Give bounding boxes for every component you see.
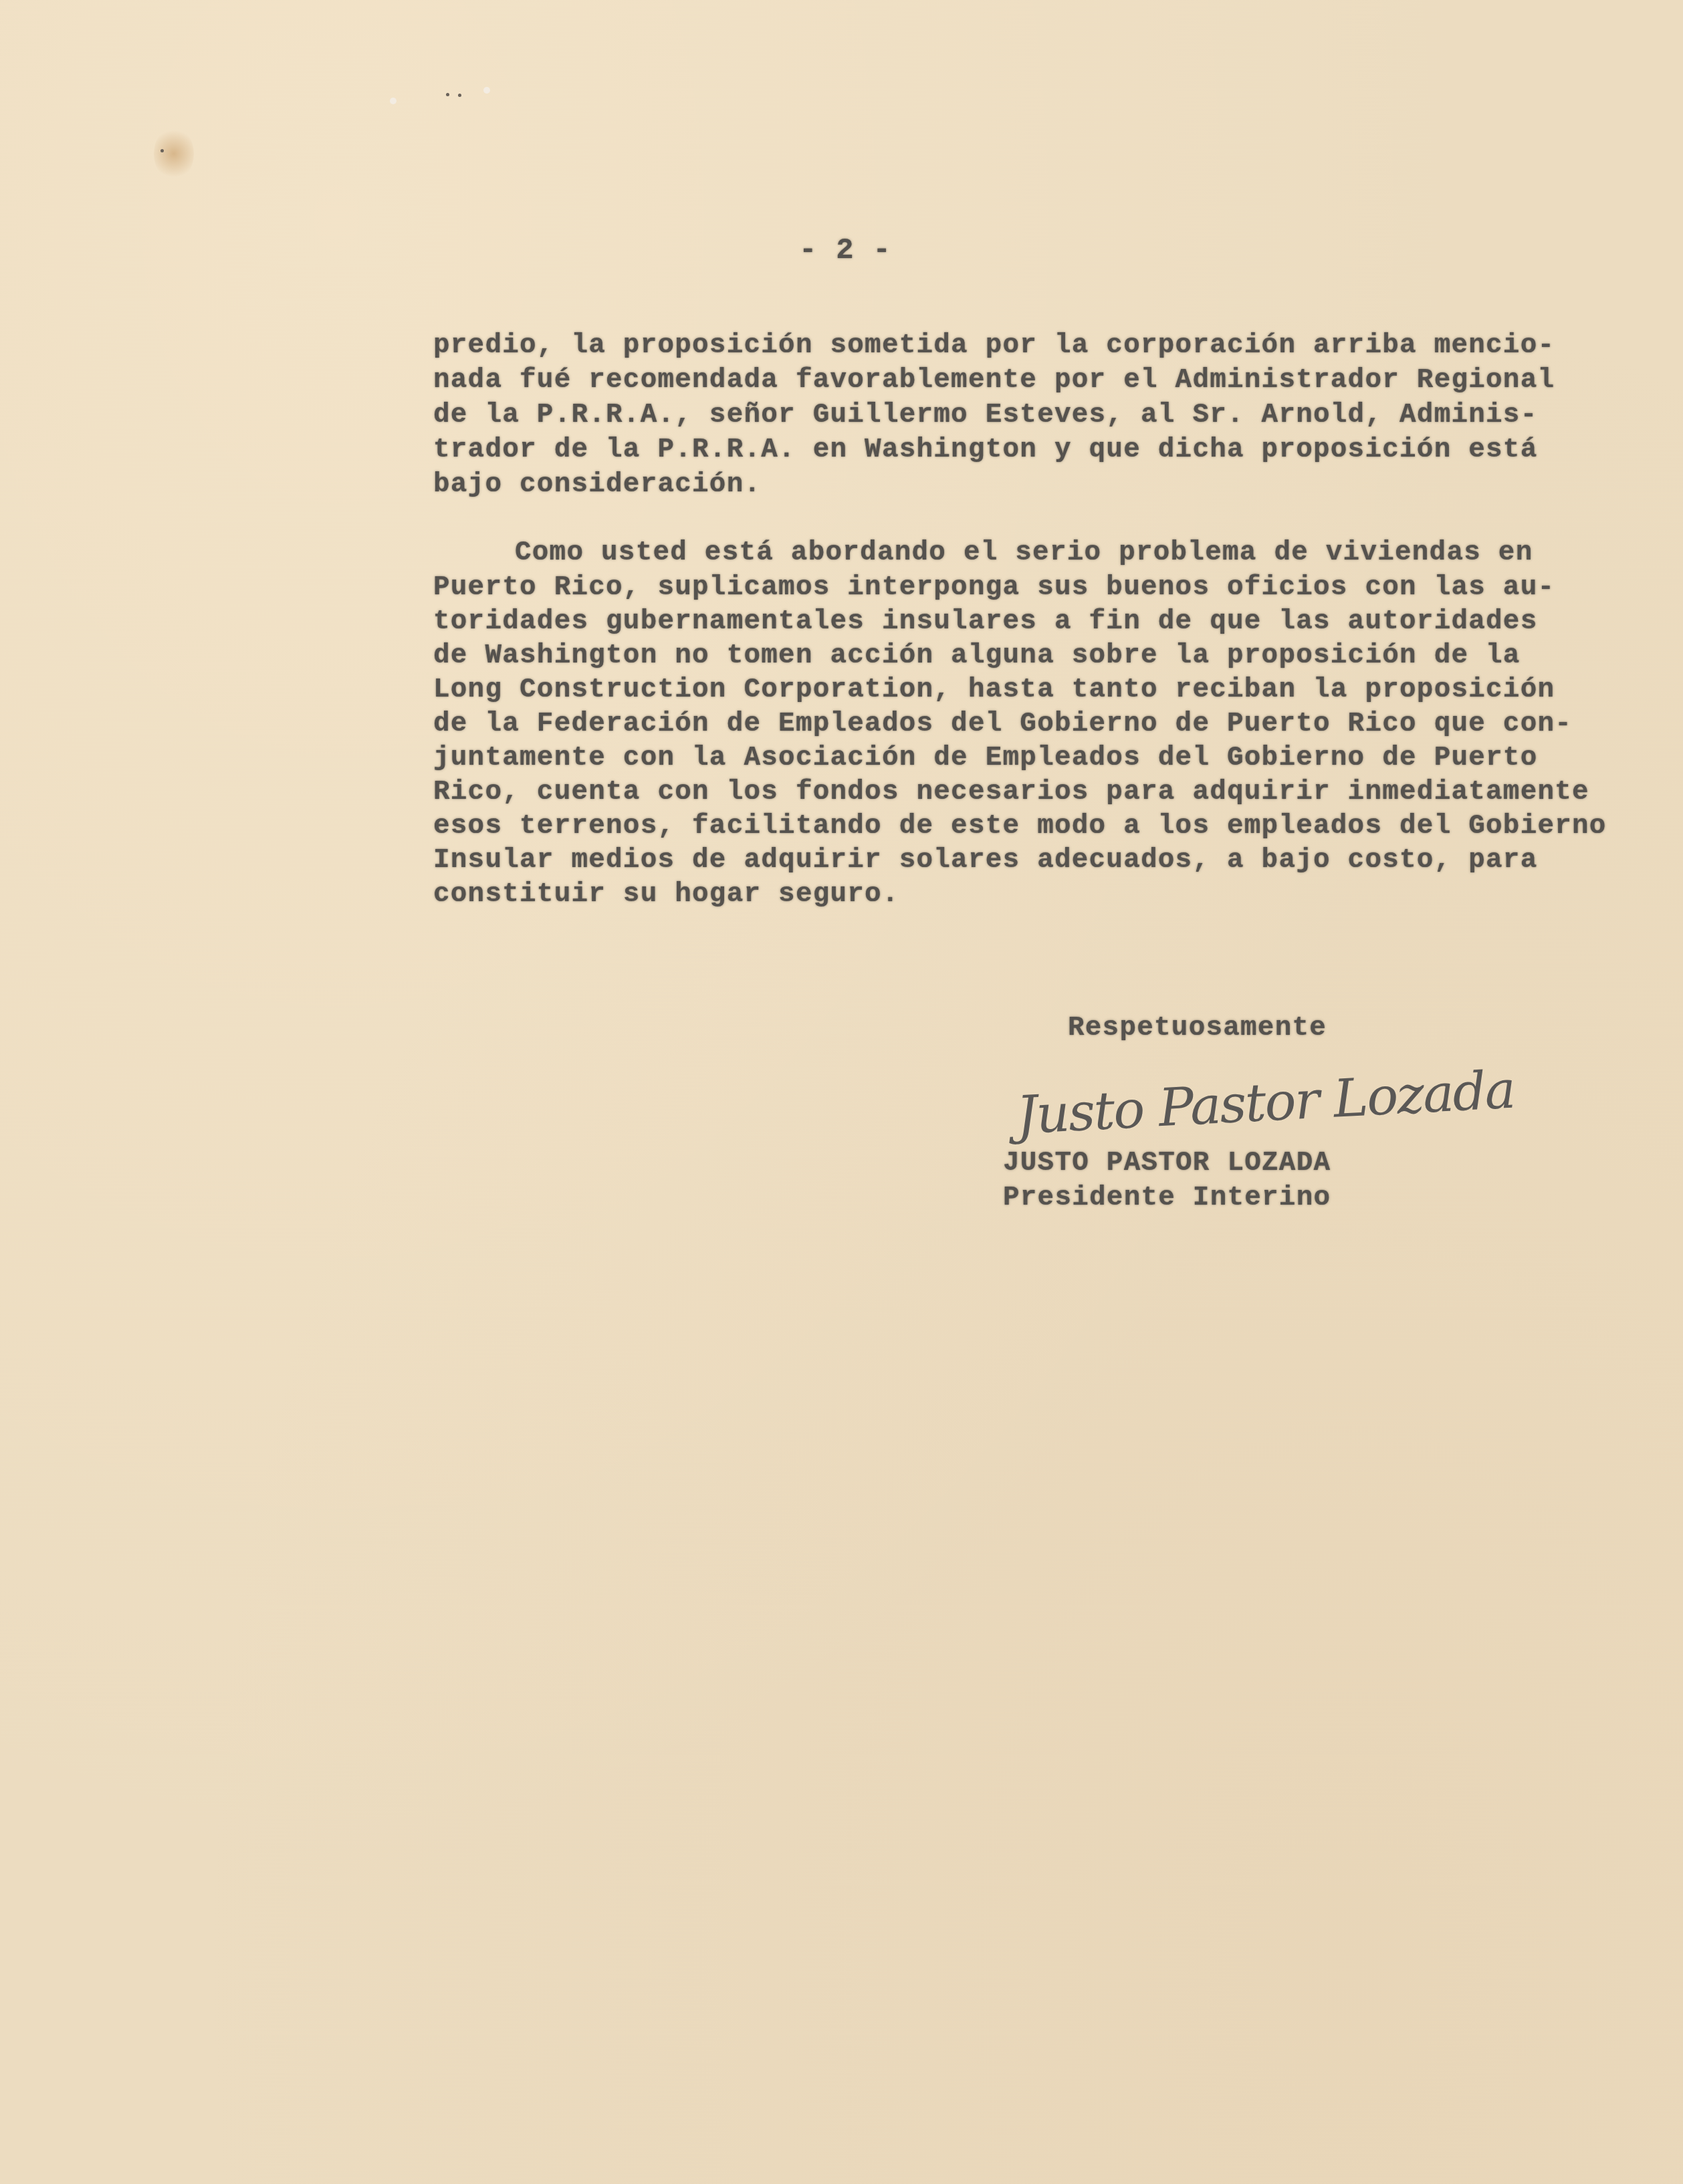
- page-number: - 2 -: [799, 234, 891, 267]
- text-line: constituir su hogar seguro.: [433, 879, 899, 910]
- text-line: Insular medios de adquirir solares adecu…: [433, 845, 1537, 876]
- text-line: Puerto Rico, suplicamos interponga sus b…: [433, 572, 1555, 603]
- signer-title: Presidente Interino: [1003, 1183, 1331, 1213]
- text-line: bajo consideración.: [433, 469, 761, 500]
- text-line: nada fué recomendada favorablemente por …: [433, 365, 1555, 396]
- text-line: Como usted está abordando el serio probl…: [515, 537, 1533, 568]
- text-line: Rico, cuenta con los fondos necesarios p…: [433, 777, 1589, 808]
- text-line: de la P.R.R.A., señor Guillermo Esteves,…: [433, 400, 1537, 431]
- closing: Respetuosamente: [1068, 1013, 1327, 1044]
- text-line: de Washington no tomen acción alguna sob…: [433, 640, 1521, 671]
- text-line: de la Federación de Empleados del Gobier…: [433, 709, 1572, 739]
- signer-name: JUSTO PASTOR LOZADA: [1003, 1148, 1331, 1179]
- text-line: Long Construction Corporation, hasta tan…: [433, 675, 1555, 705]
- text-line: trador de la P.R.R.A. en Washington y qu…: [433, 435, 1537, 465]
- handwritten-signature: Justo Pastor Lozada: [1015, 1060, 1516, 1146]
- text-line: juntamente con la Asociación de Empleado…: [433, 743, 1537, 773]
- punch-hole: [483, 87, 490, 94]
- ink-fleck: [160, 149, 164, 152]
- ink-fleck: [446, 93, 449, 96]
- paper-stain: [154, 127, 194, 180]
- punch-hole: [390, 98, 397, 104]
- text-line: toridades gubernamentales insulares a fi…: [433, 606, 1537, 637]
- text-line: predio, la proposición sometida por la c…: [433, 330, 1555, 361]
- text-line: esos terrenos, facilitando de este modo …: [433, 811, 1607, 842]
- ink-fleck: [458, 94, 461, 97]
